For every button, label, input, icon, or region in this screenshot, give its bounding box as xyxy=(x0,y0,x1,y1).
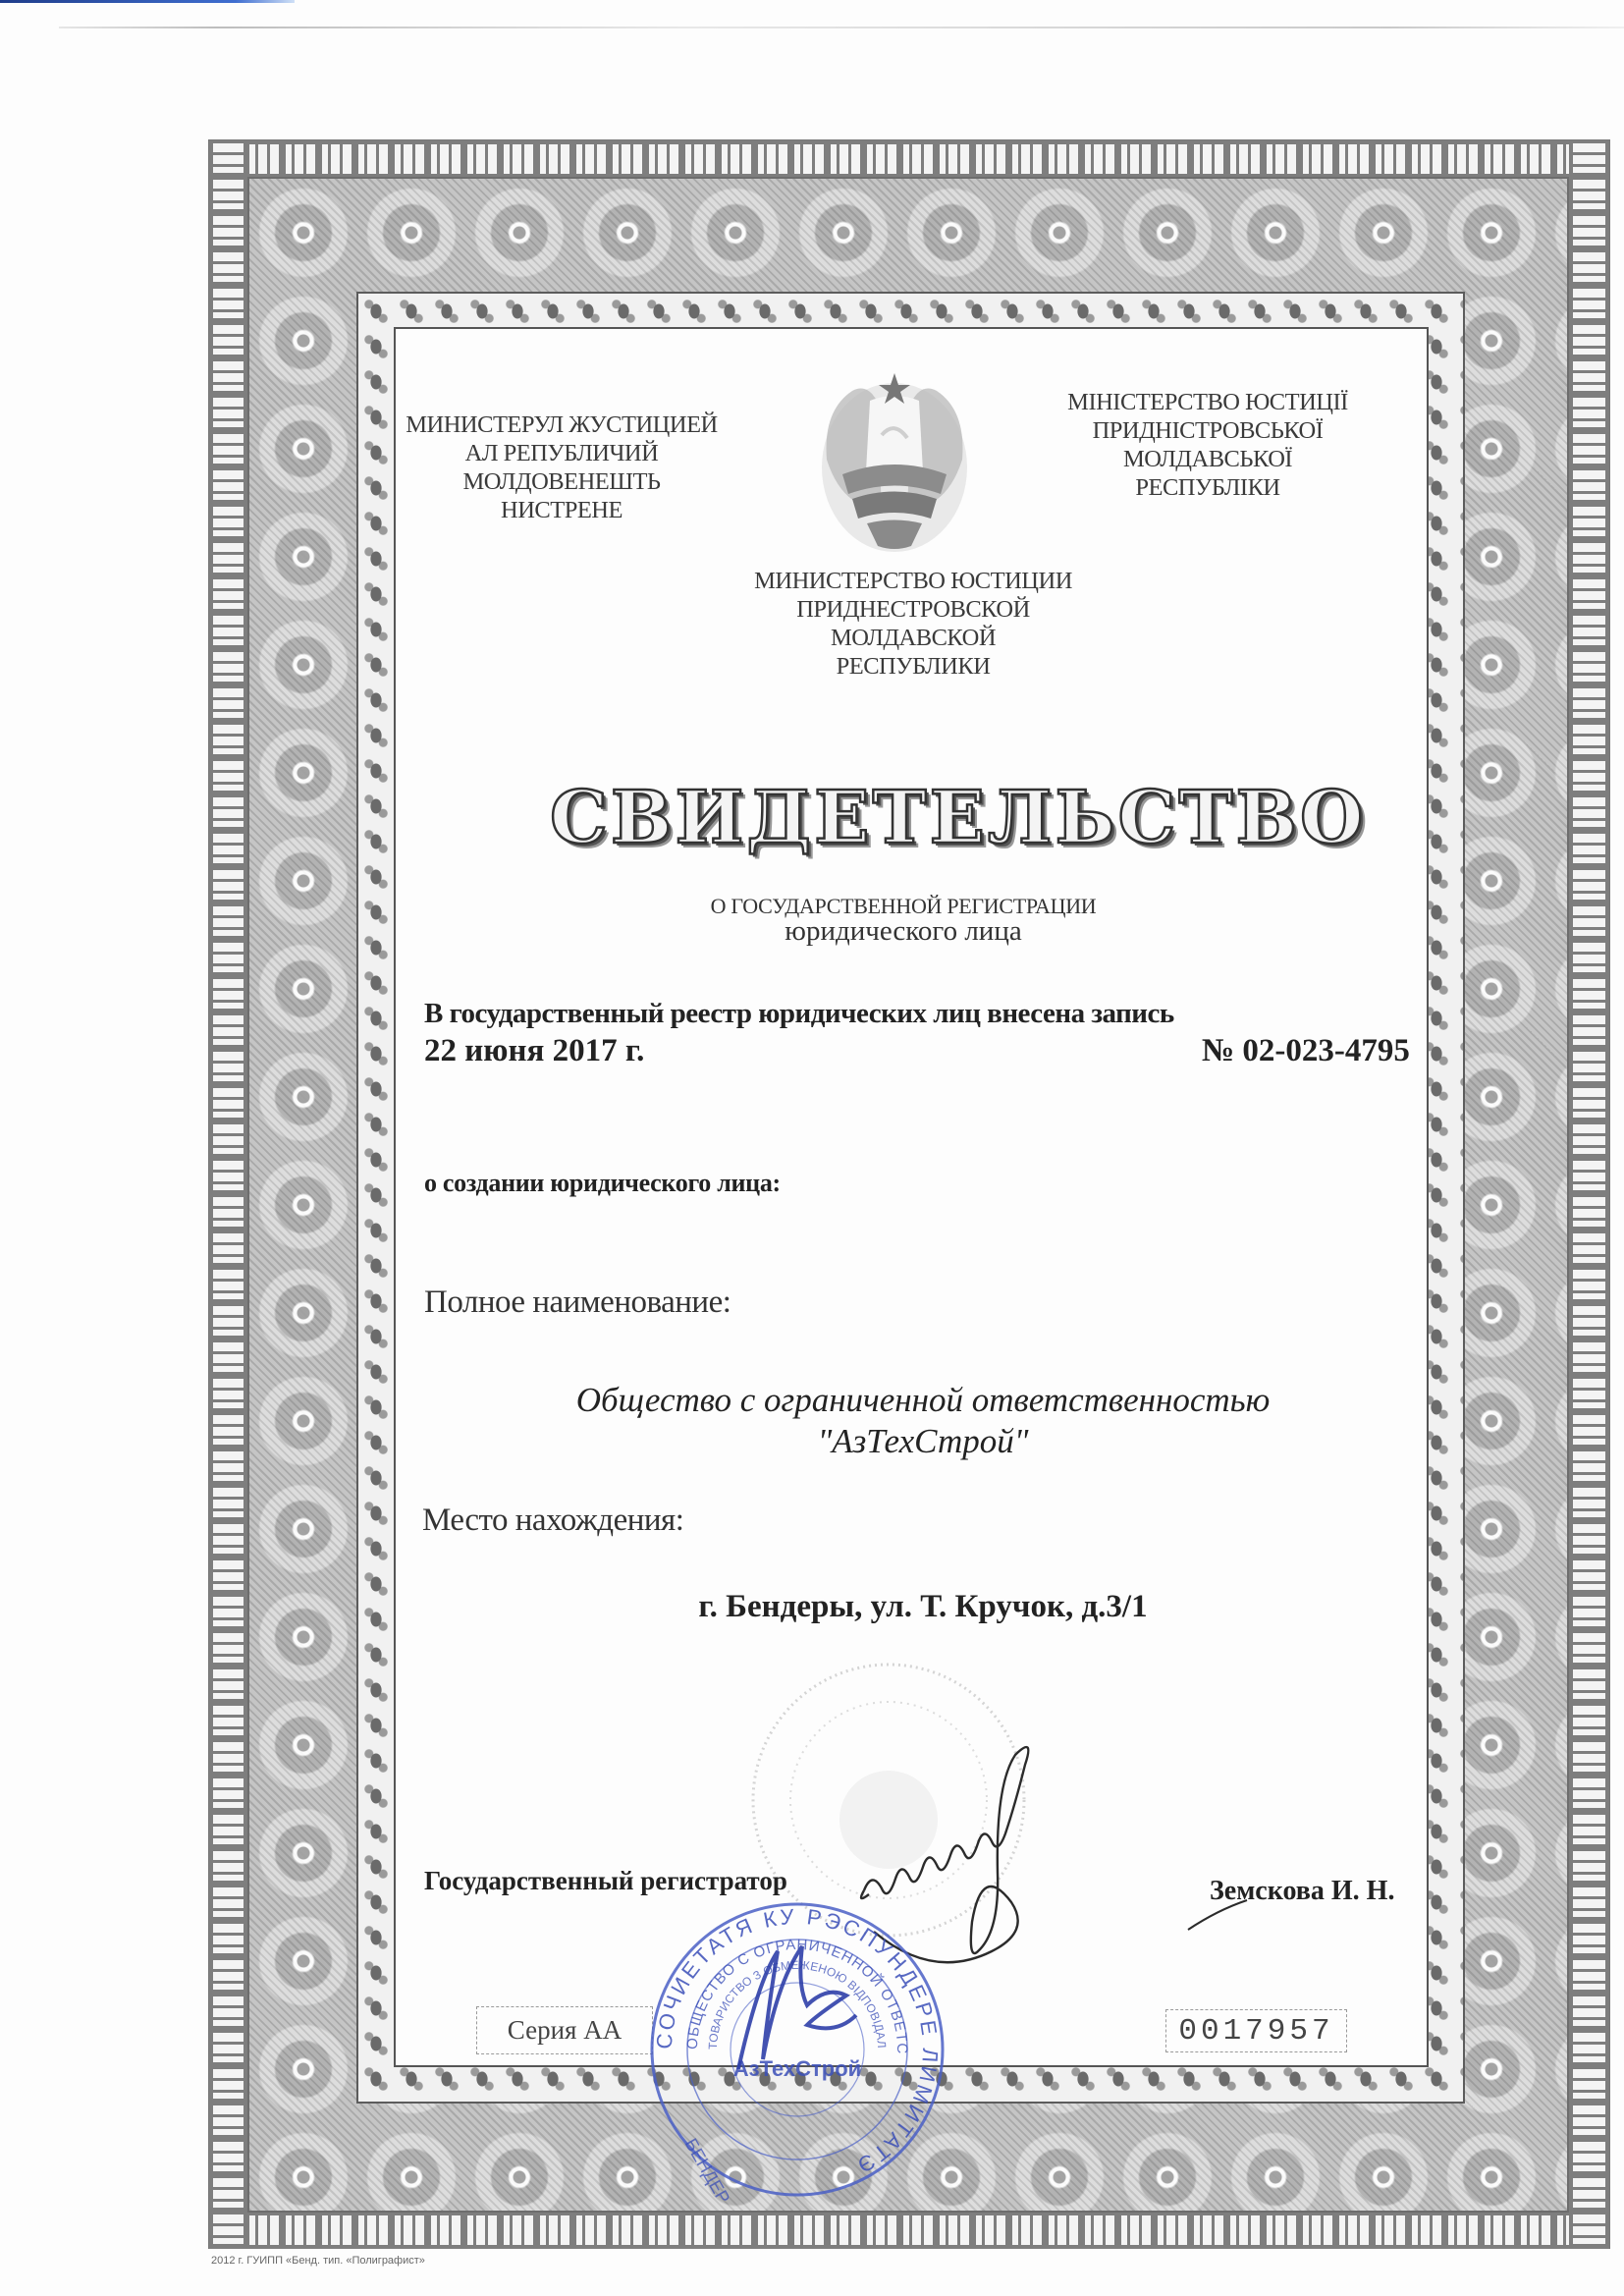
ministry-center-line: Приднестровской xyxy=(687,595,1139,624)
ministry-russian: Министерство юстиции Приднестровской Мол… xyxy=(687,567,1139,681)
greek-key-border-left xyxy=(209,140,247,2248)
full-name-label: Полное наименование: xyxy=(424,1285,731,1321)
registration-date: 22 июня 2017 г. xyxy=(424,1033,644,1069)
blank-number-box: 0017957 xyxy=(1165,2009,1347,2052)
printer-imprint: 2012 г. ГУИПП «Бенд. тип. «Полиграфист» xyxy=(211,2255,425,2267)
registrar-name: Земскова И. Н. xyxy=(1210,1876,1394,1907)
company-name: "АзТехСтрой" xyxy=(412,1421,1434,1462)
ministry-right-line: Молдавської xyxy=(1021,445,1394,473)
scan-edge-mark xyxy=(0,0,295,3)
seal-center-text: АзТехСтрой xyxy=(733,2056,861,2081)
ministry-left-line: Нистрене xyxy=(365,496,758,524)
ministry-moldovan: Министерул Жустицией ал Републичий Молдо… xyxy=(365,410,758,524)
certificate-subtitle-2: юридического лица xyxy=(530,915,1276,948)
registration-number: № 02-023-4795 xyxy=(1202,1033,1410,1069)
company-seal: СОЧИЕТАТЯ КУ РЭСПУНДЕРЕ ЛИМИТАТЭ ОБЩЕСТВ… xyxy=(645,1897,949,2202)
scan-edge-line xyxy=(59,27,1624,28)
ministry-left-line: Молдовенешть xyxy=(365,467,758,496)
greek-key-border-bottom xyxy=(209,2212,1609,2249)
greek-key-border-right xyxy=(1569,140,1609,2248)
ministry-center-line: Молдавской xyxy=(687,624,1139,652)
ministry-ukrainian: Міністерство юстиції Придністровської Мо… xyxy=(1021,388,1394,502)
creation-label: о создании юридического лица: xyxy=(424,1169,781,1198)
greek-key-border-top xyxy=(209,140,1609,178)
certificate-title: СВИДЕТЕЛЬСТВО xyxy=(550,776,1276,860)
registry-entry-text: В государственный реестр юридических лиц… xyxy=(424,998,1174,1030)
series-box: Серия АА xyxy=(476,2006,653,2054)
ministry-left-line: Министерул Жустицией xyxy=(365,410,758,439)
company-full-name: Общество с ограниченной ответственностью… xyxy=(412,1380,1434,1462)
ministry-center-line: Республики xyxy=(687,652,1139,681)
company-address: г. Бендеры, ул. Т. Кручок, д.3/1 xyxy=(412,1589,1434,1625)
ministry-left-line: ал Републичий xyxy=(365,439,758,467)
coat-of-arms-icon xyxy=(813,361,976,554)
ministry-right-line: Придністровської xyxy=(1021,416,1394,445)
seal-city-text: БЕНДЕР xyxy=(681,2135,734,2207)
ministry-right-line: Міністерство юстиції xyxy=(1021,388,1394,416)
registrar-label: Государственный регистратор xyxy=(424,1866,787,1896)
ministry-right-line: Республіки xyxy=(1021,473,1394,502)
ministry-center-line: Министерство юстиции xyxy=(687,567,1139,595)
company-legal-form: Общество с ограниченной ответственностью xyxy=(412,1380,1434,1421)
location-label: Место нахождения: xyxy=(422,1503,683,1539)
